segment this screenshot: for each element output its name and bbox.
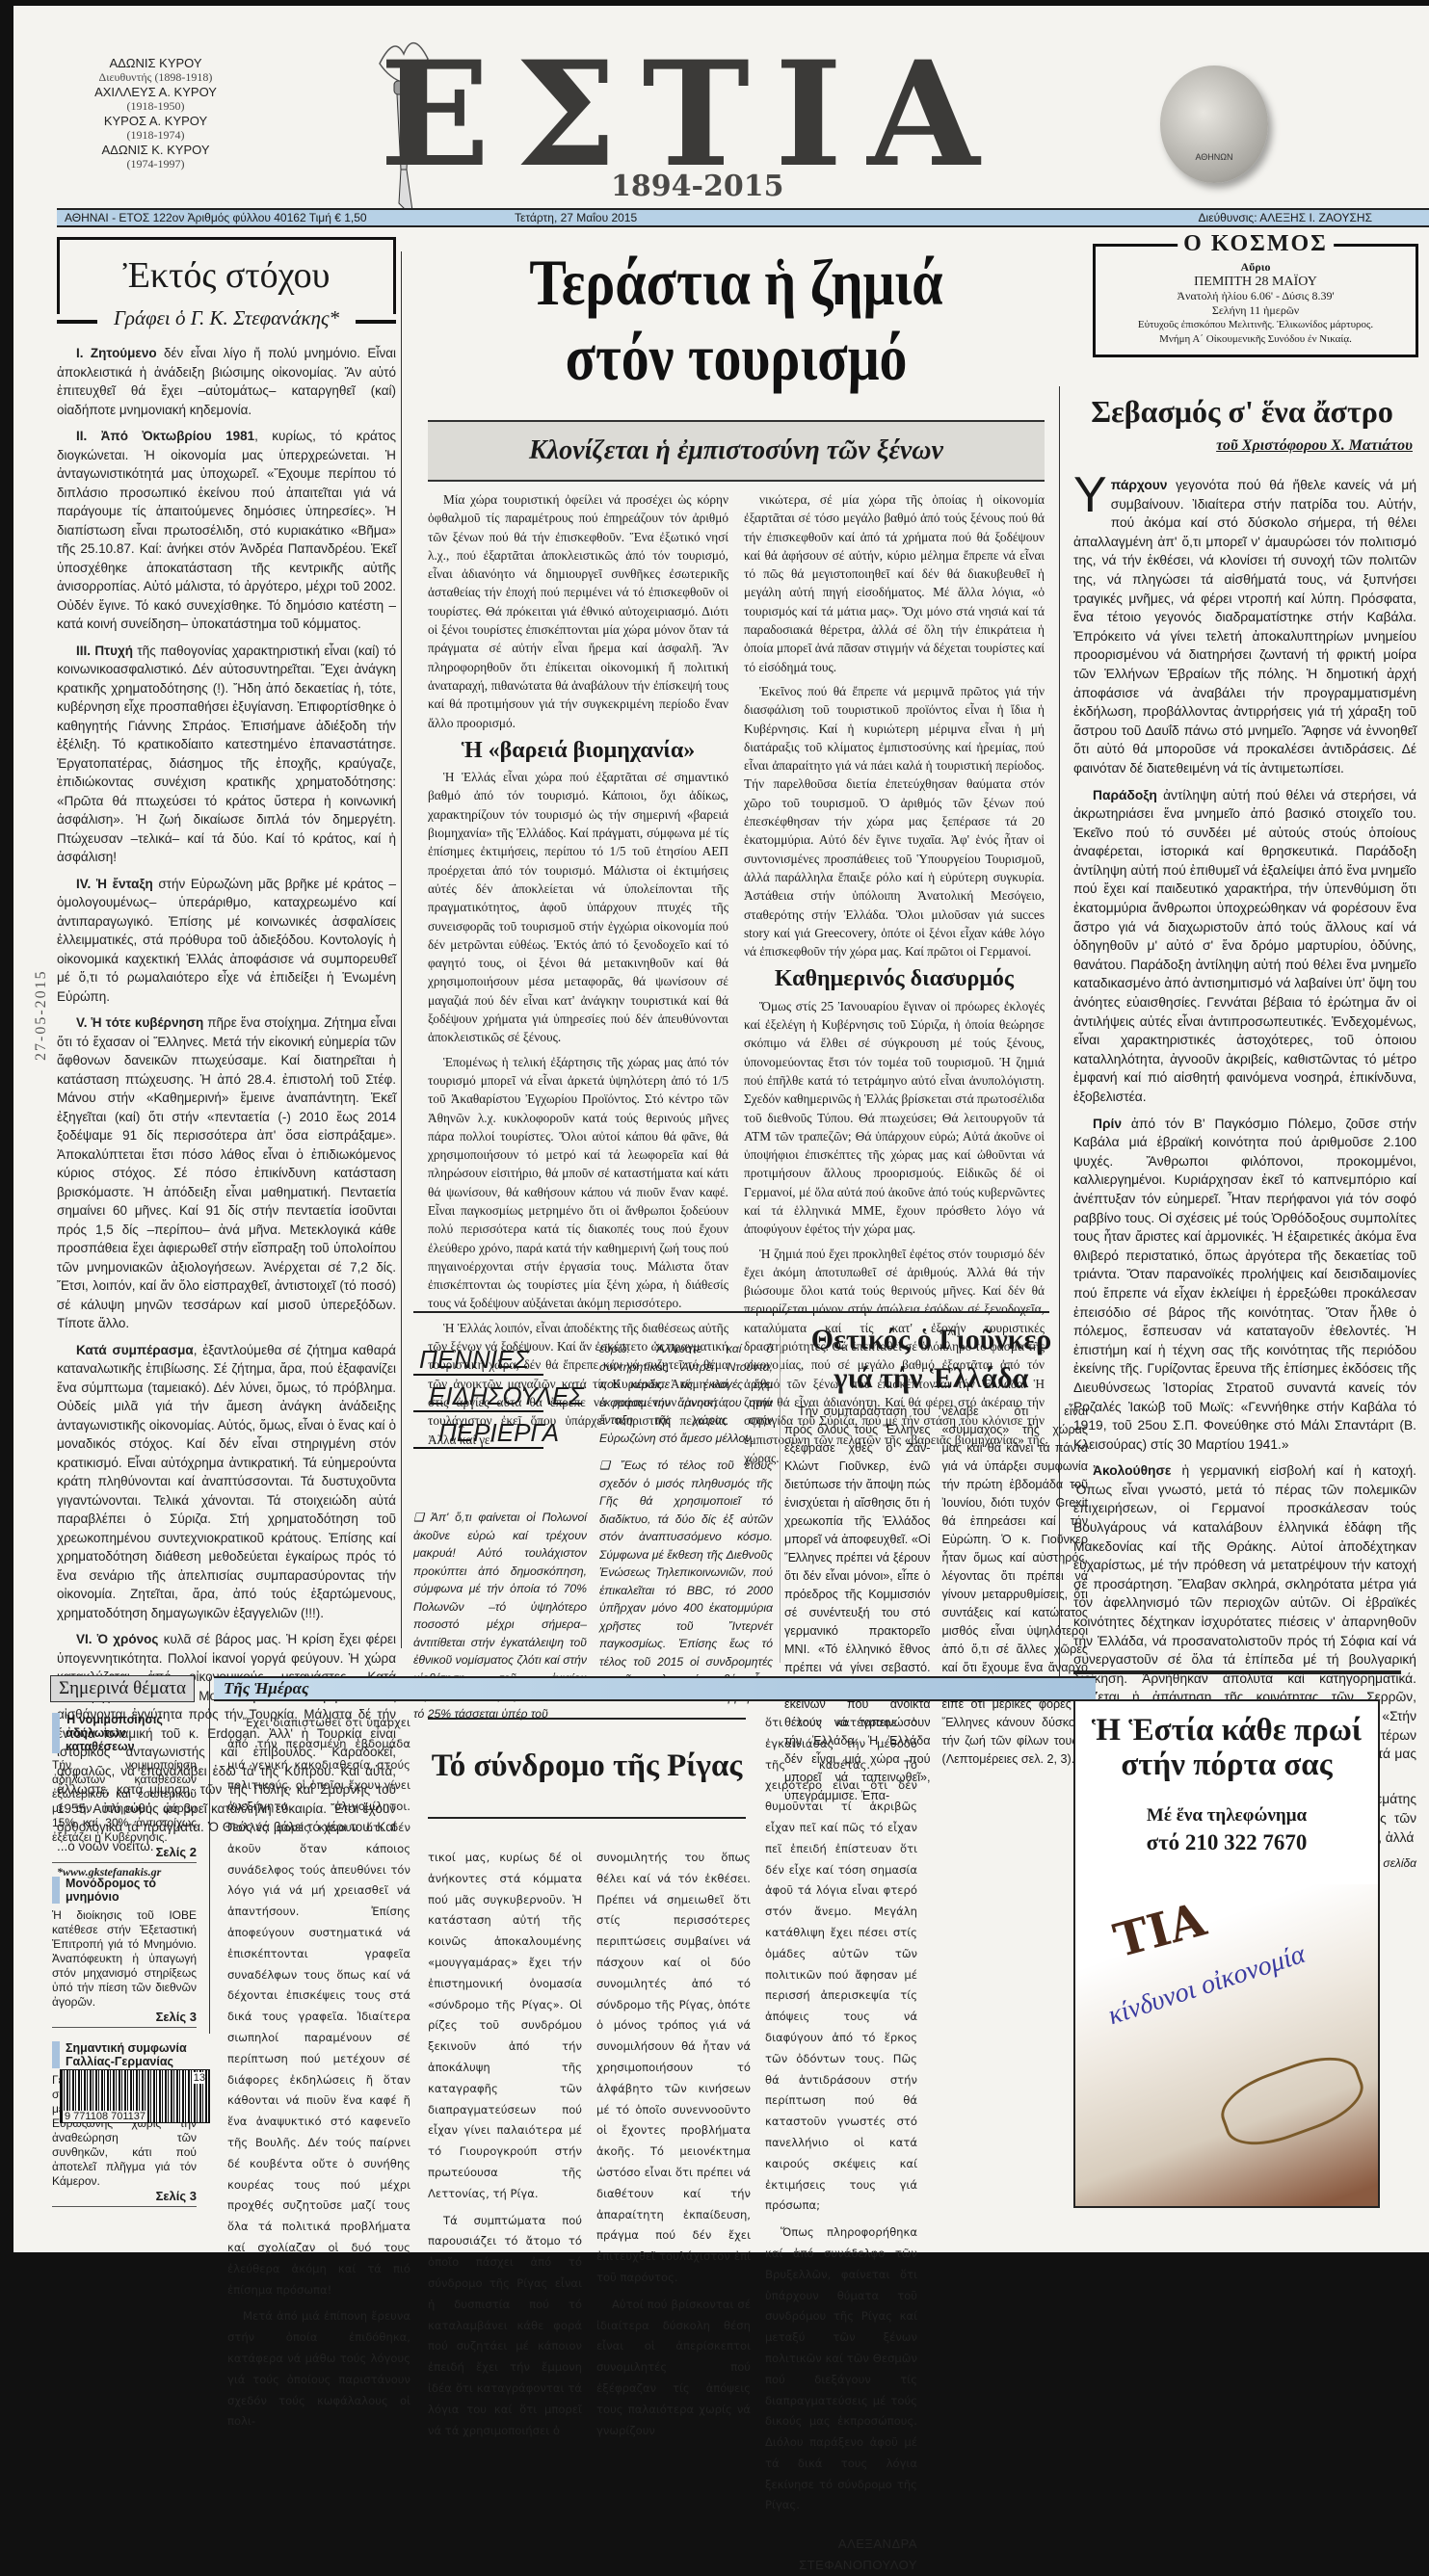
founders-list: ΑΔΩΝΙΣ ΚΥΡΟΥ Διευθυντής (1898-1918) ΑΧΙΛ… bbox=[57, 56, 254, 171]
newspaper-front-page: ΑΔΩΝΙΣ ΚΥΡΟΥ Διευθυντής (1898-1918) ΑΧΙΛ… bbox=[13, 6, 1429, 2252]
founder-name: ΑΔΩΝΙΣ ΚΥΡΟΥ bbox=[57, 56, 254, 70]
editor-info: Διεύθυνσις: ΑΛΕΞΗΣ Ι. ΖΑΟΥΣΗΣ bbox=[1199, 210, 1372, 226]
founder-years: (1974-1997) bbox=[57, 157, 254, 171]
founder-name: ΑΔΩΝΙΣ Κ. ΚΥΡΟΥ bbox=[57, 143, 254, 157]
lead-headline: Τεράστια ἡ ζημιά στόν τουρισμό bbox=[490, 245, 982, 395]
themata-item[interactable]: Μονόδρομος τό μνημόνιοἩ διοίκησις τοῦ ΙΟ… bbox=[52, 1877, 197, 2028]
penies-items: εὐρώ. Ἄλλωστε καί ὁ συντηρητικός Ἀντρέϊ … bbox=[599, 1340, 773, 1706]
right-article-body: Υπάρχουν γεγονότα πού θά ἤθελε κανείς νά… bbox=[1073, 476, 1416, 1874]
paragraph: I. Ζητούμενο δέν εἶναι λίγο ἤ πολύ μνημό… bbox=[57, 344, 396, 419]
tis-imeras-title: Τό σύνδρομο τῆς Ρίγας bbox=[428, 1718, 746, 1819]
column-divider bbox=[401, 251, 402, 1648]
themata-title: Σημερινά θέματα bbox=[50, 1675, 195, 1702]
section-divider bbox=[1073, 1670, 1401, 1674]
tis-imeras-column: Ἔχει διαπιστωθεῖ ὅτι ὑπάρχει ἀπό τήν περ… bbox=[227, 1713, 410, 2260]
paragraph: Μία χώρα τουριστική ὀφείλει νά προσέχει … bbox=[428, 490, 728, 732]
kosmos-box: Ο ΚΟΣΜΟΣ Αὔριο ΠΕΜΠΤΗ 28 ΜΑΪΟΥ Ἀνατολή ἡ… bbox=[1093, 244, 1418, 357]
themata-item[interactable]: Ἡ νομιμοποίησις ἀδήλωτων καταθέσεωνΤήν ν… bbox=[52, 1713, 197, 1863]
ad-phone: στό 210 322 7670 bbox=[1075, 1830, 1378, 1855]
paragraph: Παράδοξη ἀντίληψη αὐτή πού θέλει νά στερ… bbox=[1073, 786, 1416, 1107]
barcode-issue: 13 bbox=[194, 2072, 205, 2084]
kosmos-info: Αὔριο ΠΕΜΠΤΗ 28 ΜΑΪΟΥ Ἀνατολή ἡλίου 6.06… bbox=[1096, 260, 1416, 347]
founder-years: Διευθυντής (1898-1918) bbox=[57, 70, 254, 85]
column-divider bbox=[209, 1677, 210, 2034]
right-article-title: Σεβασμός σ' ἕνα ἄστρο bbox=[1064, 394, 1420, 430]
penies-title: ΠΕΝΝΙΕΣ ΕΙΔΗΣΟΥΛΕΣ ΠΕΡΙΕΡΓΑ bbox=[413, 1345, 543, 1455]
tis-imeras-column: συνομιλητής του ὅπως θέλει καί νά τόν ἐκ… bbox=[596, 1848, 751, 2260]
paragraph: Ὅμως στίς 25 Ἰανουαρίου ἔγιναν οἱ πρόωρε… bbox=[744, 997, 1045, 1239]
paragraph: Ἐκεῖνος πού θά ἔπρεπε νά μεριμνᾶ πρῶτος … bbox=[744, 682, 1045, 960]
themata-list: Ἡ νομιμοποίησις ἀδήλωτων καταθέσεωνΤήν ν… bbox=[52, 1713, 197, 2221]
founder-years: (1918-1974) bbox=[57, 128, 254, 143]
paragraph: III. Πτυχή τῆς παθογονίας χαρακτηριστική… bbox=[57, 642, 396, 867]
themata-item[interactable]: Σημαντική συμφωνία Γαλλίας-ΓερμανίαςΓερμ… bbox=[52, 2041, 197, 2207]
section-divider bbox=[413, 1311, 1049, 1313]
paragraph: Ἑπομένως ἡ τελική ἐξάρτησις τῆς χώρας μα… bbox=[428, 1053, 728, 1313]
column-divider bbox=[780, 1335, 781, 1663]
newspaper-photo: ΤΙΑ κίνδυνοι οἰκονομία bbox=[1075, 1884, 1378, 2206]
column-ektos-stoxou: Ἐκτός στόχου Γράφει ὁ Γ. Κ. Στεφανάκης* … bbox=[57, 237, 396, 1882]
kosmos-title: Ο ΚΟΣΜΟΣ bbox=[1178, 231, 1334, 257]
years-label: 1894-2015 bbox=[611, 170, 783, 203]
vertical-date: 27-05-2015 bbox=[33, 945, 50, 1061]
section-subheading: Καθημερινός διασυρμός bbox=[744, 970, 1045, 988]
issue-date: Τετάρτη, 27 Μαΐου 2015 bbox=[515, 210, 637, 226]
masthead-info-bar: ΑΘΗΝΑΙ - ΕΤΟΣ 122ον Ἀριθμός φύλλου 40162… bbox=[57, 208, 1429, 227]
founder-name: ΚΥΡΟΣ Α. ΚΥΡΟΥ bbox=[57, 114, 254, 128]
paragraph: Ἡ Ἑλλάς εἶναι χώρα πού ἐξαρτᾶται σέ σημα… bbox=[428, 768, 728, 1046]
subscription-ad[interactable]: Ἡ Ἑστία κάθε πρωί στήν πόρτα σας Μέ ἕνα … bbox=[1073, 1699, 1380, 2208]
ad-subline: Μέ ἕνα τηλεφώνημα bbox=[1075, 1805, 1378, 1827]
founder-years: (1918-1950) bbox=[57, 99, 254, 114]
photo-masthead: ΤΙΑ bbox=[1108, 1893, 1211, 1969]
barcode-number: 9 771108 701137 bbox=[63, 2111, 147, 2122]
founder-name: ΑΧΙΛΛΕΥΣ Α. ΚΥΡΟΥ bbox=[57, 85, 254, 99]
barcode: 9 771108 701137 13 bbox=[60, 2069, 210, 2123]
paragraph: νέλαβε ὅτι εἶναι «σύμμαχος» τῆς χώρας μα… bbox=[942, 1403, 1089, 1805]
lead-story-column: Μία χώρα τουριστική ὀφείλει νά προσέχει … bbox=[428, 490, 728, 1473]
coin-emblem-icon: ΑΘΗΝΩΝ bbox=[1160, 66, 1268, 183]
column-byline: Γράφει ὁ Γ. Κ. Στεφανάκης* bbox=[57, 306, 396, 330]
tis-imeras-bar: Τῆς Ἡμέρας bbox=[214, 1676, 1096, 1701]
right-article-byline: τοῦ Χριστόφορου Χ. Ματιάτου bbox=[1064, 437, 1413, 455]
newspaper-title: ΕΣΤΙΑ bbox=[380, 52, 1005, 177]
paragraph: V. Ἡ τότε κυβέρνηση πῆρε ἕνα στοίχημα. Ζ… bbox=[57, 1013, 396, 1333]
column-title: Ἐκτός στόχου bbox=[57, 237, 396, 314]
issue-info: ΑΘΗΝΑΙ - ΕΤΟΣ 122ον Ἀριθμός φύλλου 40162… bbox=[65, 210, 367, 226]
tis-imeras-column: ὅτι τούς κατέγραφε ὁ ἐγκαινιάσας τήν μέθ… bbox=[765, 1713, 917, 2260]
glasses-icon bbox=[1213, 2044, 1372, 2157]
ad-headline: Ἡ Ἑστία κάθε πρωί στήν πόρτα σας bbox=[1075, 1713, 1378, 1782]
coin-label: ΑΘΗΝΩΝ bbox=[1160, 152, 1268, 162]
paragraph: νικώτερα, σέ μία χώρα τῆς ὁποίας ἡ οἰκον… bbox=[744, 490, 1045, 676]
lead-subheadline: Κλονίζεται ἡ ἐμπιστοσύνη τῶν ξένων bbox=[428, 420, 1045, 482]
section-subheading: Ἡ «βαρειά βιομηχανία» bbox=[428, 742, 728, 760]
column-body: I. Ζητούμενο δέν εἶναι λίγο ἤ πολύ μνημό… bbox=[57, 344, 396, 1882]
tis-imeras-column: τικοί μας, κυρίως δέ οἱ ἀνήκοντες στά κό… bbox=[428, 1848, 582, 2260]
paragraph: Πρίν ἀπό τόν Β' Παγκόσμιο Πόλεμο, ζοῦσε … bbox=[1073, 1115, 1416, 1455]
column-divider bbox=[1059, 386, 1060, 1687]
drop-cap: Υ bbox=[1073, 476, 1107, 514]
juncker-headline: Θετικός ὁ Γιοῦνκερ γιά τήν Ἑλλάδα bbox=[784, 1321, 1078, 1398]
paragraph: Κατά συμπέρασμα, ἐξαντλούμεθα σέ ζήτημα … bbox=[57, 1341, 396, 1623]
paragraph: II. Ἀπό Ὀκτωβρίου 1981, κυρίως, τό κράτο… bbox=[57, 427, 396, 634]
paragraph: IV. Ἡ ἔνταξη στήν Εὐρωζώνη μᾶς βρῆκε μέ … bbox=[57, 875, 396, 1007]
